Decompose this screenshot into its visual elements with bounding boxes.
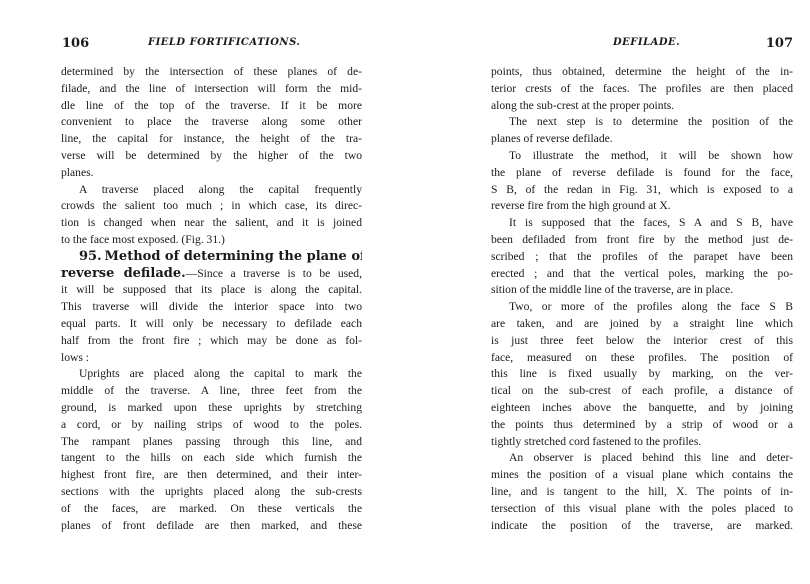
- right-page-body: points, thus obtained, determine the hei…: [491, 64, 793, 534]
- text-line: line, and is tangent to the hill, X. The…: [491, 484, 793, 501]
- text-line: filade, and the line of intersection wil…: [61, 81, 362, 98]
- text-line: tightly stretched cord fastened to the p…: [491, 434, 793, 451]
- text-line: this line is fixed usually by marking, o…: [491, 366, 793, 383]
- page-number: 107: [766, 36, 793, 51]
- section-title-part-2: reverse defilade.: [61, 266, 186, 281]
- text-line: convenient to place the traverse along s…: [61, 114, 362, 131]
- text-line: points, thus obtained, determine the hei…: [491, 64, 793, 81]
- text-line: to the face most exposed. (Fig. 31.): [61, 232, 362, 249]
- text-line: verse will be determined by the higher o…: [61, 148, 362, 165]
- text-line: been defiladed from front fire by the me…: [491, 232, 793, 249]
- left-page-header: 106 FIELD FORTIFICATIONS.: [62, 36, 362, 52]
- left-text-block-2: it will be supposed that its place is al…: [61, 282, 362, 534]
- right-page-header: DEFILADE. 107: [493, 36, 793, 52]
- text-line: the points thus determined by a strip of…: [491, 417, 793, 434]
- text-line: Uprights are placed along the capital to…: [61, 366, 362, 383]
- text-line: are taken, and are joined by a straight …: [491, 316, 793, 333]
- text-line: To illustrate the method, it will be sho…: [491, 148, 793, 165]
- running-title: FIELD FORTIFICATIONS.: [148, 37, 300, 48]
- left-page: 106 FIELD FORTIFICATIONS. determined by …: [0, 0, 405, 584]
- text-line: S B, of the redan in Fig. 31, which is e…: [491, 182, 793, 199]
- text-line: equal parts. It will only be necessary t…: [61, 316, 362, 333]
- text-line: The rampant planes passing through this …: [61, 434, 362, 451]
- text-line: the plane of reverse defilade is found f…: [491, 165, 793, 182]
- text-line: middle of the traverse. A line, three fe…: [61, 383, 362, 400]
- text-line: half from the front fire ; which may be …: [61, 333, 362, 350]
- text-line: Two, or more of the profiles along the f…: [491, 299, 793, 316]
- left-text-block-1: determined by the intersection of these …: [61, 64, 362, 249]
- text-line: planes of reverse defilade.: [491, 131, 793, 148]
- text-line: mines the position of a visual plane whi…: [491, 467, 793, 484]
- text-line: terior crests of the faces. The profiles…: [491, 81, 793, 98]
- text-line: The next step is to determine the positi…: [491, 114, 793, 131]
- text-line: reverse fire from the high ground at X.: [491, 198, 793, 215]
- text-line: indicate the position of the traverse, a…: [491, 518, 793, 535]
- text-line: dle line of the top of the traverse. If …: [61, 98, 362, 115]
- section-heading-line-2: reverse defilade.—Since a traverse is to…: [61, 266, 362, 283]
- text-line: line, the capital for instance, the heig…: [61, 131, 362, 148]
- section-continuation: —Since a traverse is to be used,: [186, 267, 362, 280]
- text-line: A traverse placed along the capital freq…: [61, 182, 362, 199]
- text-line: a cord, or by nailing strips of wood to …: [61, 417, 362, 434]
- left-page-body: determined by the intersection of these …: [61, 64, 362, 534]
- text-line: along the sub-crest at the proper points…: [491, 98, 793, 115]
- right-text-block: points, thus obtained, determine the hei…: [491, 64, 793, 534]
- text-line: This traverse will divide the interior s…: [61, 299, 362, 316]
- text-line: It is supposed that the faces, S A and S…: [491, 215, 793, 232]
- text-line: ground, is marked upon these uprights by…: [61, 400, 362, 417]
- text-line: lows :: [61, 350, 362, 367]
- text-line: crowds the salient too much ; in which c…: [61, 198, 362, 215]
- text-line: it will be supposed that its place is al…: [61, 282, 362, 299]
- text-line: planes of front defilade are then marked…: [61, 518, 362, 535]
- section-number: 95.: [79, 249, 102, 264]
- text-line: determined by the intersection of these …: [61, 64, 362, 81]
- text-line: is just three feet below the interior cr…: [491, 333, 793, 350]
- text-line: tangent to the hills on each side which …: [61, 450, 362, 467]
- page-number: 106: [62, 36, 89, 51]
- right-page: DEFILADE. 107 points, thus obtained, det…: [405, 0, 810, 584]
- section-heading-line-1: 95. Method of determining the plane of: [61, 249, 362, 266]
- section-title-part-1: Method of determining the plane of: [105, 249, 362, 264]
- text-line: face, measured on these profiles. The po…: [491, 350, 793, 367]
- text-line: planes.: [61, 165, 362, 182]
- text-line: scribed ; that the profiles of the parap…: [491, 249, 793, 266]
- text-line: An observer is placed behind this line a…: [491, 450, 793, 467]
- text-line: sections with the uprights placed along …: [61, 484, 362, 501]
- text-line: tersection of this visual plane with the…: [491, 501, 793, 518]
- text-line: sition of the middle line of the travers…: [491, 282, 793, 299]
- text-line: tical on the sub-crest of each profile, …: [491, 383, 793, 400]
- text-line: eighteen inches above the banquette, and…: [491, 400, 793, 417]
- text-line: of the faces, are marked. On these verti…: [61, 501, 362, 518]
- text-line: highest front fire, are then determined,…: [61, 467, 362, 484]
- text-line: tion is changed when near the salient, a…: [61, 215, 362, 232]
- text-line: erected ; and that the vertical poles, m…: [491, 266, 793, 283]
- running-title: DEFILADE.: [613, 37, 680, 48]
